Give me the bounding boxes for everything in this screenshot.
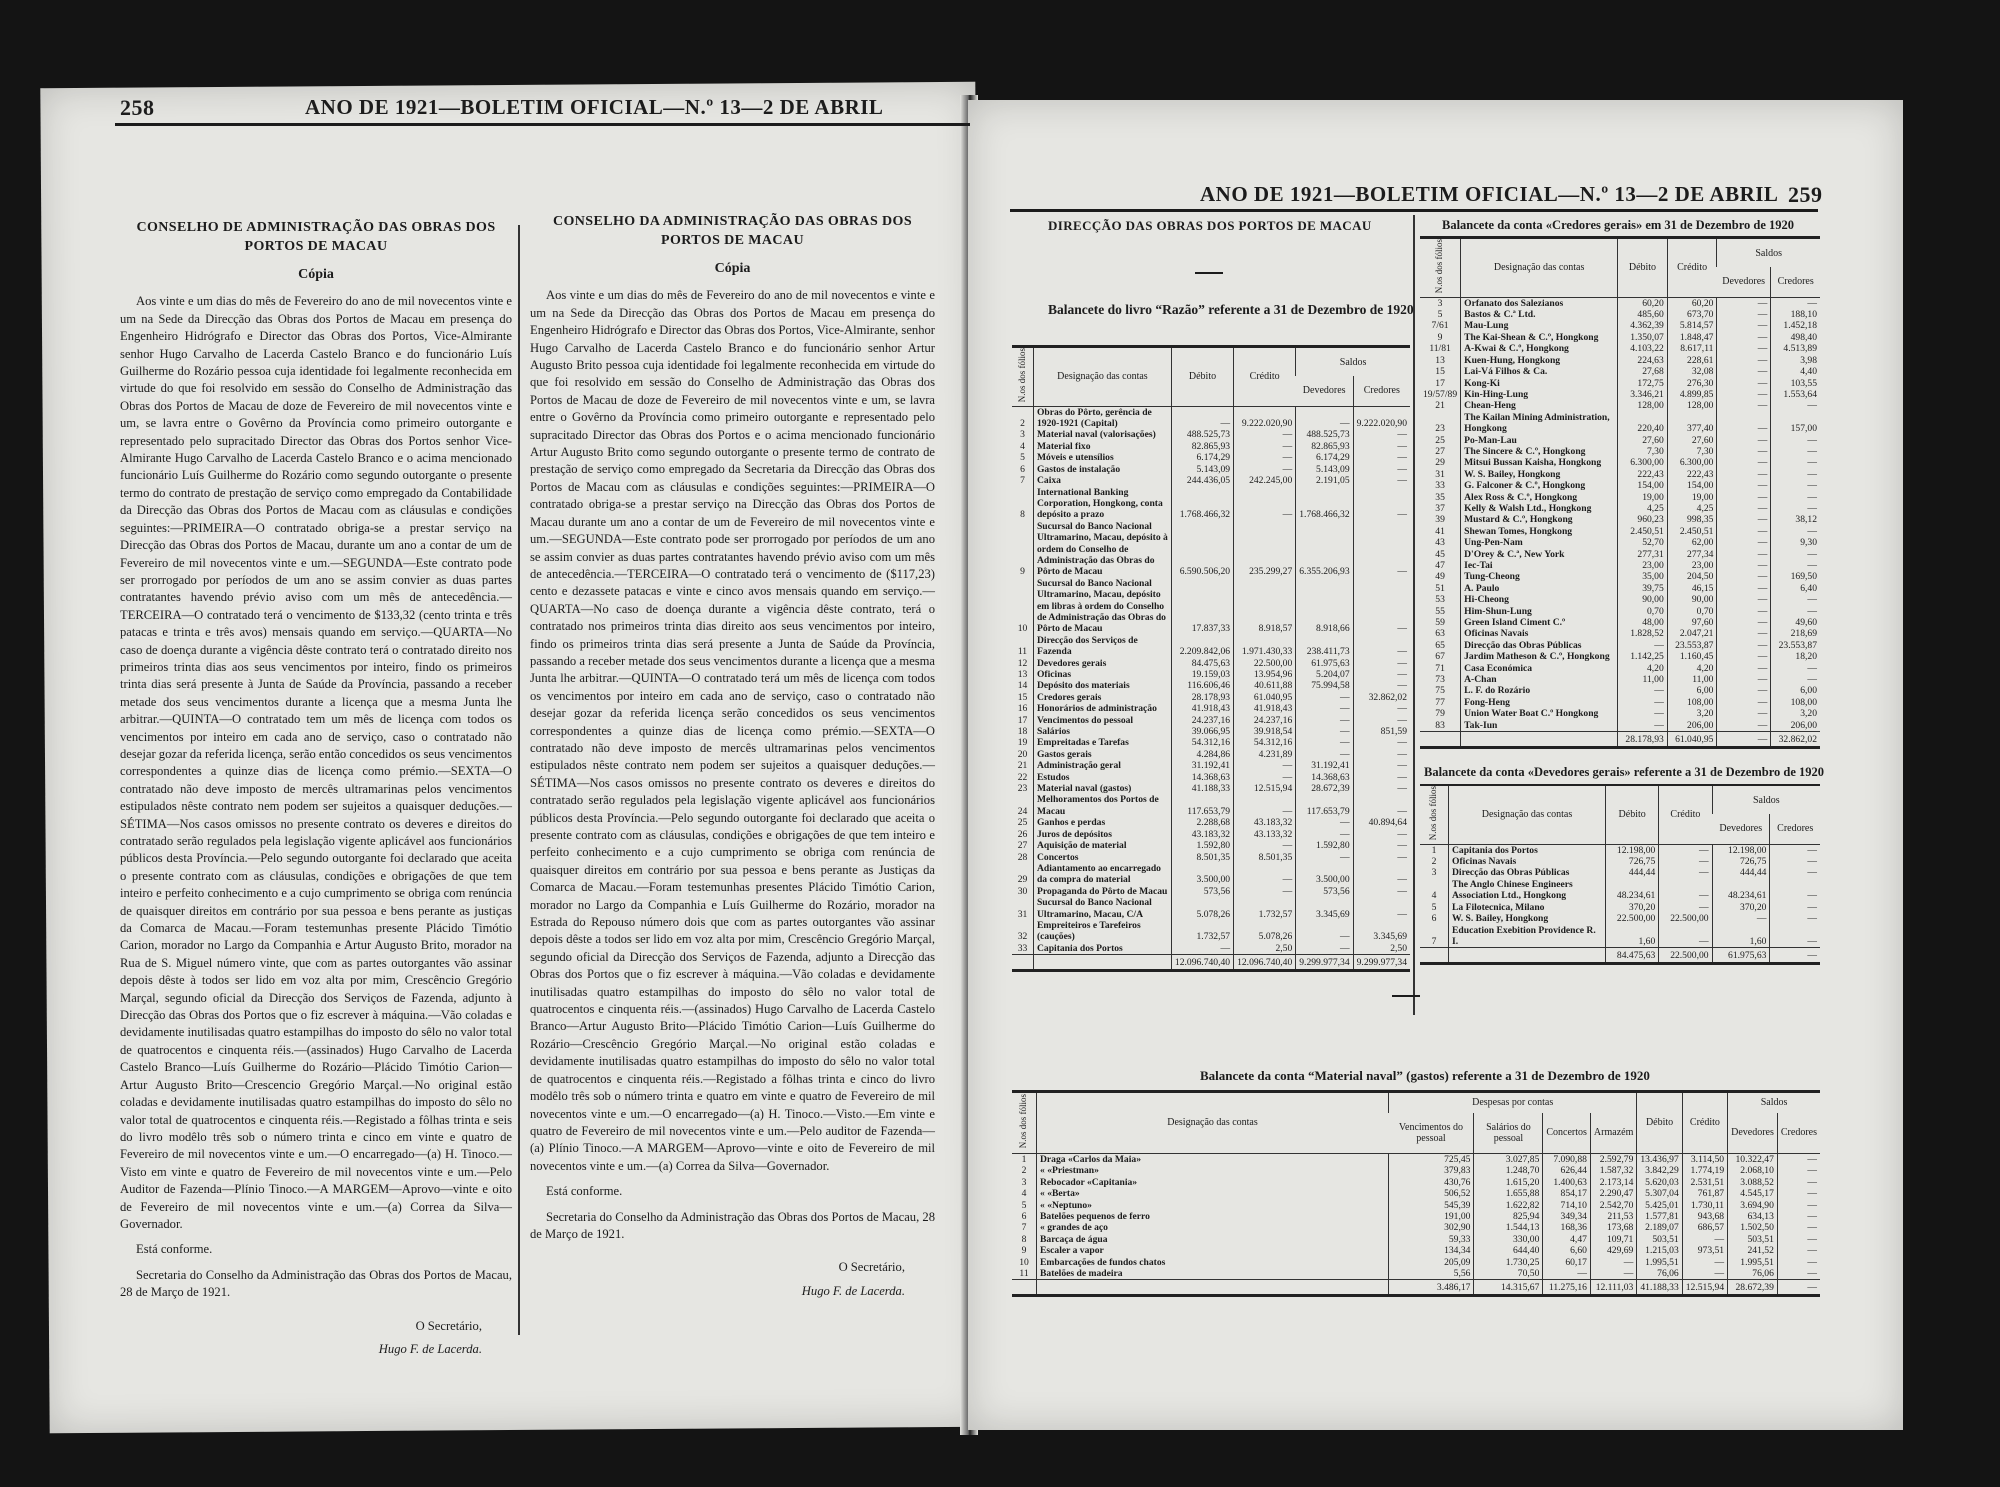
account-name-cell: Capitania dos Portos <box>1033 943 1171 955</box>
table-row: 73A-Chan11,0011,00—— <box>1420 674 1820 685</box>
account-name-cell: W. S. Bailey, Hongkong <box>1461 469 1618 480</box>
credores-title: Balancete da conta «Credores gerais» em … <box>1442 218 1794 233</box>
account-name-cell: Mau-Lung <box>1461 320 1618 331</box>
column-1-subheading: Cópia <box>120 266 512 283</box>
deb-cell: 1.732,57 <box>1171 920 1233 943</box>
folio-cell: 9 <box>1012 1245 1037 1256</box>
column-1-heading: CONSELHO DE ADMINISTRAÇÃO DAS OBRAS DOS … <box>120 218 512 256</box>
cred-cell: 673,70 <box>1667 309 1717 320</box>
deb-cell: 39,75 <box>1618 583 1668 594</box>
table-header: Salários do pessoal <box>1474 1113 1543 1154</box>
dev-cell: 1.592,80 <box>1296 840 1353 851</box>
table-row: 9Sucursal do Banco Nacional Ultramarino,… <box>1012 521 1410 578</box>
dev-cell: — <box>1717 355 1771 366</box>
folio-cell <box>1420 732 1461 746</box>
dev-cell: 117.653,79 <box>1296 794 1353 817</box>
total-cred-cell: 12.515,94 <box>1682 1280 1727 1294</box>
cre-cell: — <box>1353 475 1410 486</box>
deb-cell: 4.284,86 <box>1171 749 1233 760</box>
cre-cell: — <box>1777 1222 1820 1233</box>
cred-cell: 761,87 <box>1682 1188 1727 1199</box>
sal-cell: 1.248,70 <box>1474 1165 1543 1176</box>
cred-cell: 4.231,89 <box>1234 749 1296 760</box>
table-row: 10Sucursal do Banco Nacional Ultramarino… <box>1012 578 1410 635</box>
account-name-cell: Green Island Ciment C.º <box>1461 617 1618 628</box>
deb-cell: 1.577,81 <box>1637 1211 1682 1222</box>
deb-cell: 11,00 <box>1618 674 1668 685</box>
credores-table: N.os dos fólios Designação das contas Dé… <box>1420 239 1820 746</box>
cre-cell: — <box>1777 1177 1820 1188</box>
cre-cell: — <box>1353 852 1410 863</box>
cred-cell: 2,50 <box>1234 943 1296 955</box>
dev-cell: — <box>1717 640 1771 651</box>
arm-cell: — <box>1590 1268 1636 1280</box>
folio-cell: 4 <box>1012 1188 1037 1199</box>
left-page-number: 258 <box>120 95 155 125</box>
cre-cell: 188,10 <box>1771 309 1820 320</box>
cre-cell: — <box>1777 1268 1820 1280</box>
cre-cell: — <box>1770 867 1820 878</box>
table-header: Débito <box>1171 348 1233 406</box>
deb-cell: 14.368,63 <box>1171 772 1233 783</box>
table-row: 4« «Berta»506,521.655,88854,172.290,475.… <box>1012 1188 1820 1199</box>
table-row: 22Estudos14.368,63—14.368,63— <box>1012 772 1410 783</box>
dev-cell: — <box>1717 320 1771 331</box>
table-row: 77Fong-Heng—108,00—108,00 <box>1420 697 1820 708</box>
dev-cell: — <box>1717 720 1771 732</box>
cred-cell: 97,60 <box>1667 617 1717 628</box>
cre-cell: — <box>1353 897 1410 920</box>
deb-cell: 31.192,41 <box>1171 760 1233 771</box>
right-page-number: 259 <box>1788 182 1823 212</box>
cred-cell: 1.730,11 <box>1682 1200 1727 1211</box>
table-row: 8International Banking Corporation, Hong… <box>1012 487 1410 521</box>
deb-cell: 1.142,25 <box>1618 651 1668 662</box>
table-header: Armazém <box>1590 1113 1636 1154</box>
deb-cell: — <box>1618 697 1668 708</box>
account-name-cell: Concertos <box>1033 852 1171 863</box>
cre-cell: — <box>1777 1234 1820 1245</box>
account-name-cell: Draga «Carlos da Maia» <box>1037 1154 1389 1166</box>
cre-cell: 169,50 <box>1771 571 1820 582</box>
deb-cell: — <box>1618 685 1668 696</box>
cred-cell: 235.299,27 <box>1234 521 1296 578</box>
table-header: Saldos <box>1296 348 1410 376</box>
total-deb-cell: 12.096.740,40 <box>1171 955 1233 969</box>
table-row: 33Capitania dos Portos—2,50—2,50 <box>1012 943 1410 955</box>
folio-cell: 17 <box>1420 378 1461 389</box>
folio-cell: 37 <box>1420 503 1461 514</box>
conc-cell: 714,10 <box>1543 1200 1591 1211</box>
table-row: 27Aquisição de material1.592,80—1.592,80… <box>1012 840 1410 851</box>
right-running-head: ANO DE 1921—BOLETIM OFICIAL—N.º 13—2 DE … <box>1200 182 1778 212</box>
account-name-cell: Obras do Pôrto, gerência de 1920-1921 (C… <box>1033 406 1171 429</box>
venc-cell: 302,90 <box>1389 1222 1474 1233</box>
table-row: 8Barcaça de água59,33330,004,47109,71503… <box>1012 1234 1820 1245</box>
account-name-cell: Salários <box>1033 726 1171 737</box>
cred-cell: — <box>1234 886 1296 897</box>
deb-cell: 82.865,93 <box>1171 441 1233 452</box>
folio-cell: 30 <box>1012 886 1033 897</box>
cred-cell: 41.918,43 <box>1234 703 1296 714</box>
material-naval-table-wrap: N.os dos fólios Designação das contas De… <box>1012 1090 1820 1297</box>
table-row: 3Direcção das Obras Públicas444,44—444,4… <box>1420 867 1820 878</box>
account-name-cell: Kuen-Hung, Hongkong <box>1461 355 1618 366</box>
table-header: Credores <box>1771 267 1820 297</box>
table-row: 25Po-Man-Lau27,6027,60—— <box>1420 435 1820 446</box>
total-dev-cell: 61.975,63 <box>1712 948 1770 962</box>
cre-cell: 18,20 <box>1771 651 1820 662</box>
dev-cell: 503,51 <box>1728 1234 1778 1245</box>
dev-cell: 61.975,63 <box>1296 658 1353 669</box>
folio-cell: 16 <box>1012 703 1033 714</box>
account-name-cell: Oficinas Navais <box>1461 628 1618 639</box>
conc-cell: 349,34 <box>1543 1211 1591 1222</box>
folio-cell: 59 <box>1420 617 1461 628</box>
deb-cell: 960,23 <box>1618 514 1668 525</box>
deb-cell: 41.918,43 <box>1171 703 1233 714</box>
cred-cell: 22.500,00 <box>1234 658 1296 669</box>
account-name-cell: Empreiteiros e Tarefeiros (cauções) <box>1033 920 1171 943</box>
dev-cell: — <box>1717 457 1771 468</box>
dev-cell: — <box>1712 913 1770 924</box>
folio-cell: 1 <box>1012 1154 1037 1166</box>
deb-cell: 12.198,00 <box>1606 844 1659 856</box>
cred-cell: 43.183,32 <box>1234 817 1296 828</box>
account-name-cell: Iec-Tai <box>1461 560 1618 571</box>
account-name-cell: Gastos gerais <box>1033 749 1171 760</box>
dev-cell: — <box>1717 400 1771 411</box>
folio-cell: 6 <box>1012 1211 1037 1222</box>
conc-cell: 1.400,63 <box>1543 1177 1591 1188</box>
folio-cell: 45 <box>1420 549 1461 560</box>
table-row: 11Direcção dos Serviços de Fazenda2.209.… <box>1012 635 1410 658</box>
folio-cell: 11/81 <box>1420 343 1461 354</box>
folio-cell: 19/57/89 <box>1420 389 1461 400</box>
cre-cell: — <box>1771 560 1820 571</box>
sal-cell: 1.730,25 <box>1474 1257 1543 1268</box>
table-row: 24Melhoramentos dos Portos de Macau117.6… <box>1012 794 1410 817</box>
folio-cell: 5 <box>1420 309 1461 320</box>
column-1-conforme: Está conforme. <box>120 1241 512 1258</box>
cre-cell: — <box>1771 594 1820 605</box>
table-row: 7/61Mau-Lung4.362,395.814,57—1.452,18 <box>1420 320 1820 331</box>
deb-cell: 6.590.506,20 <box>1171 521 1233 578</box>
cred-cell: 8.617,11 <box>1667 343 1717 354</box>
cred-cell: — <box>1234 863 1296 886</box>
folio-cell: 14 <box>1012 680 1033 691</box>
deb-cell: 39.066,95 <box>1171 726 1233 737</box>
deb-cell: 19.159,03 <box>1171 669 1233 680</box>
table-row: 28Concertos8.501,358.501,35—— <box>1012 852 1410 863</box>
account-name-cell: Melhoramentos dos Portos de Macau <box>1033 794 1171 817</box>
dev-cell: — <box>1717 549 1771 560</box>
cre-cell: — <box>1353 760 1410 771</box>
account-name-cell: L. F. do Rozário <box>1461 685 1618 696</box>
dev-cell: — <box>1717 571 1771 582</box>
table-row: 39Mustard & C.º, Hongkong960,23998,35—38… <box>1420 514 1820 525</box>
cre-cell: 4,40 <box>1771 366 1820 377</box>
table-row: 1Draga «Carlos da Maia»725,453.027,857.0… <box>1012 1154 1820 1166</box>
cre-cell: 6,00 <box>1771 685 1820 696</box>
table-row: 2Oficinas Navais726,75—726,75— <box>1420 856 1820 867</box>
cred-cell: — <box>1234 441 1296 452</box>
dev-cell: 241,52 <box>1728 1245 1778 1256</box>
folio-cell: 2 <box>1012 406 1033 429</box>
dev-cell: — <box>1717 606 1771 617</box>
table-header: Saldos <box>1728 1093 1820 1113</box>
table-header: Devedores <box>1712 814 1770 844</box>
dev-cell: 6.174,29 <box>1296 452 1353 463</box>
table-row: 31W. S. Bailey, Hongkong222,43222,43—— <box>1420 469 1820 480</box>
total-deb-cell: 41.188,33 <box>1637 1280 1682 1294</box>
total-venc-cell: 3.486,17 <box>1389 1280 1474 1294</box>
account-name-cell <box>1037 1280 1389 1294</box>
account-name-cell: Him-Shun-Lung <box>1461 606 1618 617</box>
deb-cell: 224,63 <box>1618 355 1668 366</box>
table-header: Devedores <box>1717 267 1771 297</box>
folio-cell: 28 <box>1012 852 1033 863</box>
column-1-secretaria: Secretaria do Conselho da Administração … <box>120 1267 512 1302</box>
deb-cell: 117.653,79 <box>1171 794 1233 817</box>
folio-cell: 27 <box>1420 446 1461 457</box>
cred-cell: — <box>1234 464 1296 475</box>
deb-cell: 7,30 <box>1618 446 1668 457</box>
dev-cell: 8.918,66 <box>1296 578 1353 635</box>
table-row: 19Empreitadas e Tarefas54.312,1654.312,1… <box>1012 737 1410 748</box>
table-row: 33G. Falconer & C.º, Hongkong154,00154,0… <box>1420 480 1820 491</box>
account-name-cell: Batelões de madeira <box>1037 1268 1389 1280</box>
column-1-signature-name: Hugo F. de Lacerda. <box>120 1341 482 1358</box>
arm-cell: 211,53 <box>1590 1211 1636 1222</box>
cre-cell: — <box>1777 1257 1820 1268</box>
sal-cell: 70,50 <box>1474 1268 1543 1280</box>
account-name-cell: Tung-Cheong <box>1461 571 1618 582</box>
deb-cell: 84.475,63 <box>1171 658 1233 669</box>
table-header: Devedores <box>1296 376 1353 406</box>
folio-cell: 21 <box>1012 760 1033 771</box>
arm-cell: 2.173,14 <box>1590 1177 1636 1188</box>
dev-cell: 1.768.466,32 <box>1296 487 1353 521</box>
deb-cell: 13.436,97 <box>1637 1154 1682 1166</box>
table-row: 20Gastos gerais4.284,864.231,89—— <box>1012 749 1410 760</box>
total-arm-cell: 12.111,03 <box>1590 1280 1636 1294</box>
deb-cell: 4.103,22 <box>1618 343 1668 354</box>
sal-cell: 1.655,88 <box>1474 1188 1543 1199</box>
dev-cell: — <box>1717 663 1771 674</box>
cre-cell: — <box>1353 794 1410 817</box>
dev-cell: 2.068,10 <box>1728 1165 1778 1176</box>
table-row: 19/57/89Kin-Hing-Lung3.346,214.899,85—1.… <box>1420 389 1820 400</box>
folio-cell: 3 <box>1420 867 1449 878</box>
folio-cell: 23 <box>1012 783 1033 794</box>
table-row: 6Batelões pequenos de ferro191,00825,943… <box>1012 1211 1820 1222</box>
account-name-cell: Credores gerais <box>1033 692 1171 703</box>
cre-cell: 6,40 <box>1771 583 1820 594</box>
deb-cell: 48.234,61 <box>1606 879 1659 902</box>
section-heading: DIRECÇÃO DAS OBRAS DOS PORTOS DE MACAU <box>1048 218 1372 234</box>
cred-cell: — <box>1234 772 1296 783</box>
account-name-cell: Oficinas Navais <box>1449 856 1606 867</box>
account-name-cell: Fong-Heng <box>1461 697 1618 708</box>
cred-cell: — <box>1682 1257 1727 1268</box>
folio-cell: 77 <box>1420 697 1461 708</box>
conc-cell: 626,44 <box>1543 1165 1591 1176</box>
cred-cell: 5.078,26 <box>1234 920 1296 943</box>
venc-cell: 205,09 <box>1389 1257 1474 1268</box>
dev-cell: 3.500,00 <box>1296 863 1353 886</box>
table-row: 15Lai-Vá Filhos & Ca.27,6832,08—4,40 <box>1420 366 1820 377</box>
dev-cell: 82.865,93 <box>1296 441 1353 452</box>
folio-cell: 6 <box>1012 464 1033 475</box>
dev-cell: 6.355.206,93 <box>1296 521 1353 578</box>
cred-cell: 9.222.020,90 <box>1234 406 1296 429</box>
account-name-cell: La Filotecnica, Milano <box>1449 902 1606 913</box>
table-header: Débito <box>1606 786 1659 844</box>
cre-cell: — <box>1770 913 1820 924</box>
dev-cell: 5.204,07 <box>1296 669 1353 680</box>
dev-cell: 75.994,58 <box>1296 680 1353 691</box>
folio-cell: 7 <box>1012 475 1033 486</box>
cre-cell: — <box>1353 772 1410 783</box>
dev-cell: — <box>1296 715 1353 726</box>
folio-cell: 31 <box>1012 897 1033 920</box>
folio-cell: 17 <box>1012 715 1033 726</box>
arm-cell: 2.592,79 <box>1590 1154 1636 1166</box>
cred-cell: 32,08 <box>1667 366 1717 377</box>
column-2-conforme: Está conforme. <box>530 1183 935 1200</box>
dev-cell: — <box>1717 435 1771 446</box>
totals-row: 3.486,1714.315,6711.275,1612.111,0341.18… <box>1012 1280 1820 1294</box>
deb-cell: 6.174,29 <box>1171 452 1233 463</box>
table-header: N.os dos fólios <box>1428 786 1439 840</box>
cred-cell: 228,61 <box>1667 355 1717 366</box>
deb-cell: 444,44 <box>1606 867 1659 878</box>
account-name-cell: Casa Económica <box>1461 663 1618 674</box>
cred-cell: — <box>1234 429 1296 440</box>
total-cred-cell: 61.040,95 <box>1667 732 1717 746</box>
deb-cell: 128,00 <box>1618 400 1668 411</box>
deb-cell: 1,60 <box>1606 925 1659 948</box>
folio-cell: 11 <box>1012 635 1033 658</box>
dev-cell: — <box>1717 378 1771 389</box>
account-name-cell: A. Paulo <box>1461 583 1618 594</box>
folio-cell: 7/61 <box>1420 320 1461 331</box>
deb-cell: 244.436,05 <box>1171 475 1233 486</box>
deb-cell: 24.237,16 <box>1171 715 1233 726</box>
cre-cell: — <box>1771 503 1820 514</box>
table-header: Crédito <box>1234 348 1296 406</box>
table-row: 10Embarcações de fundos chatos205,091.73… <box>1012 1257 1820 1268</box>
left-running-head: ANO DE 1921—BOLETIM OFICIAL—N.º 13—2 DE … <box>305 95 883 125</box>
column-2-secretaria: Secretaria do Conselho da Administração … <box>530 1209 935 1244</box>
table-row: 29Mitsui Bussan Kaisha, Hongkong6.300,00… <box>1420 457 1820 468</box>
table-row: 5Móveis e utensílios6.174,29—6.174,29— <box>1012 452 1410 463</box>
account-name-cell: Móveis e utensílios <box>1033 452 1171 463</box>
deb-cell: 370,20 <box>1606 902 1659 913</box>
folio-cell: 29 <box>1012 863 1033 886</box>
folio-cell: 5 <box>1012 1200 1037 1211</box>
dev-cell: — <box>1717 697 1771 708</box>
dev-cell: 238.411,73 <box>1296 635 1353 658</box>
account-name-cell: The Anglo Chinese Engineers Association … <box>1449 879 1606 902</box>
account-name-cell: Rebocador «Capitania» <box>1037 1177 1389 1188</box>
table-row: 2Obras do Pôrto, gerência de 1920-1921 (… <box>1012 406 1410 429</box>
deb-cell: 5.425,01 <box>1637 1200 1682 1211</box>
folio-cell: 23 <box>1420 412 1461 435</box>
account-name-cell: Gastos de instalação <box>1033 464 1171 475</box>
cre-cell: — <box>1771 446 1820 457</box>
dev-cell: — <box>1296 817 1353 828</box>
table-row: 29Adiantamento ao encarregado da compra … <box>1012 863 1410 886</box>
cred-cell: — <box>1234 794 1296 817</box>
account-name-cell: Sucursal do Banco Nacional Ultramarino, … <box>1033 578 1171 635</box>
folio-cell: 67 <box>1420 651 1461 662</box>
table-row: 11Batelões de madeira5,5670,50——76,06—76… <box>1012 1268 1820 1280</box>
cre-cell: — <box>1777 1211 1820 1222</box>
folio-cell <box>1012 955 1033 969</box>
sal-cell: 825,94 <box>1474 1211 1543 1222</box>
cre-cell: — <box>1770 925 1820 948</box>
cre-cell: — <box>1353 452 1410 463</box>
table-header: Vencimentos do pessoal <box>1389 1113 1474 1154</box>
cred-cell: 277,34 <box>1667 549 1717 560</box>
deb-cell: 1.995,51 <box>1637 1257 1682 1268</box>
totals-row: 28.178,9361.040,95—32.862,02 <box>1420 732 1820 746</box>
deb-cell: 2.450,51 <box>1618 526 1668 537</box>
cre-cell: — <box>1353 829 1410 840</box>
cre-cell: — <box>1353 578 1410 635</box>
deb-cell: 116.606,46 <box>1171 680 1233 691</box>
table-row: 14Depósito dos materiais116.606,4640.611… <box>1012 680 1410 691</box>
left-column-2: CONSELHO DA ADMINISTRAÇÃO DAS OBRAS DOS … <box>530 212 935 1306</box>
table-row: 27The Sincere & C.º, Hongkong7,307,30—— <box>1420 446 1820 457</box>
table-row: 21Administração geral31.192,41—31.192,41… <box>1012 760 1410 771</box>
cred-cell: 222,43 <box>1667 469 1717 480</box>
dev-cell: — <box>1296 737 1353 748</box>
sal-cell: 330,00 <box>1474 1234 1543 1245</box>
cred-cell: — <box>1234 840 1296 851</box>
account-name-cell: Propaganda do Pôrto de Macau <box>1033 886 1171 897</box>
dev-cell: — <box>1717 332 1771 343</box>
venc-cell: 191,00 <box>1389 1211 1474 1222</box>
dev-cell: 76,06 <box>1728 1268 1778 1280</box>
cred-cell: 3.114,50 <box>1682 1154 1727 1166</box>
totals-row: 12.096.740,4012.096.740,409.299.977,349.… <box>1012 955 1410 969</box>
cre-cell: — <box>1771 469 1820 480</box>
cred-cell: 8.918,57 <box>1234 578 1296 635</box>
folio-cell: 4 <box>1012 441 1033 452</box>
table-row: 9The Kai-Shean & C.º, Hongkong1.350,071.… <box>1420 332 1820 343</box>
column-1-body: Aos vinte e um dias do mês de Fevereiro … <box>120 293 512 1233</box>
account-name-cell: Ung-Pen-Nam <box>1461 537 1618 548</box>
table-row: 31Sucursal do Banco Nacional Ultramarino… <box>1012 897 1410 920</box>
dev-cell: 634,13 <box>1728 1211 1778 1222</box>
column-2-subheading: Cópia <box>530 260 935 277</box>
dev-cell: 3.345,69 <box>1296 897 1353 920</box>
cred-cell: — <box>1682 1268 1727 1280</box>
column-2-heading: CONSELHO DA ADMINISTRAÇÃO DAS OBRAS DOS … <box>530 212 935 250</box>
account-name-cell: Material fixo <box>1033 441 1171 452</box>
cre-cell: 49,60 <box>1771 617 1820 628</box>
total-dev-cell: — <box>1717 732 1771 746</box>
dev-cell: — <box>1296 749 1353 760</box>
account-name-cell: Direcção das Obras Públicas <box>1461 640 1618 651</box>
cre-cell: 218,69 <box>1771 628 1820 639</box>
table-row: 16Honorários de administração41.918,4341… <box>1012 703 1410 714</box>
table-row: 26Juros de depósitos43.183,3243.133,32—— <box>1012 829 1410 840</box>
cred-cell: — <box>1659 867 1712 878</box>
